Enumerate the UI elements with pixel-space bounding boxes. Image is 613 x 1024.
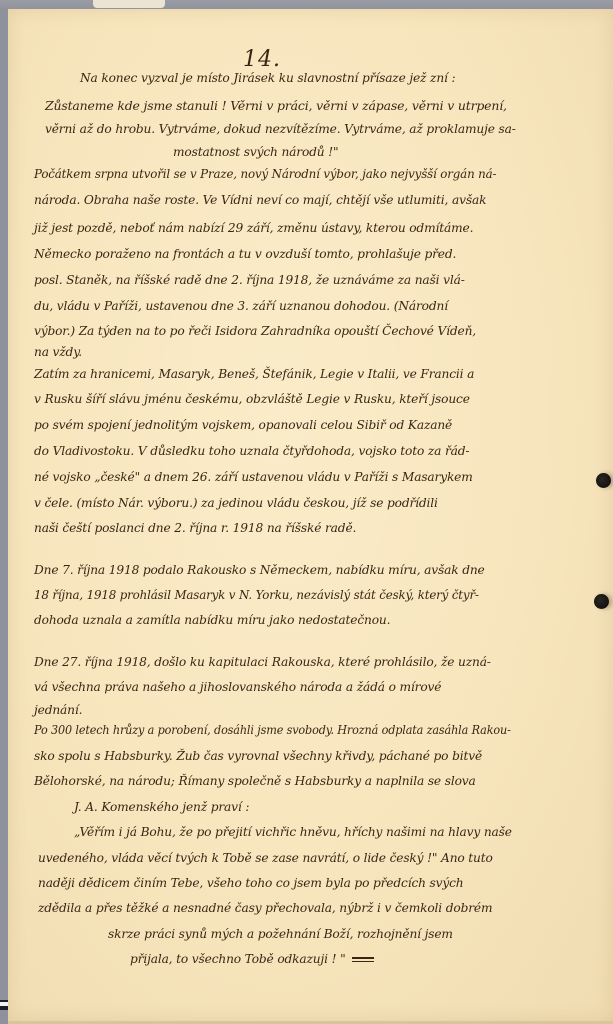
text-line: du, vládu v Paříži, ustavenou dne 3. zář… [34, 299, 448, 313]
text-line: „Věřím i já Bohu, že po přejití vichřic … [74, 825, 512, 839]
text-line: vá všechna práva našeho a jihoslovanskéh… [34, 680, 441, 694]
text-line: Na konec vyzval je místo Jirásek ku slav… [80, 71, 455, 85]
text-line: uvedeného, vláda věcí tvých k Tobě se za… [38, 851, 493, 865]
scanner-clip [93, 0, 165, 8]
text-line: Počátkem srpna utvořil se v Praze, nový … [34, 167, 496, 181]
text-line: J. A. Komenského jenž praví : [74, 800, 249, 814]
text-line: národa. Obraha naše roste. Ve Vídni neví… [34, 193, 486, 207]
text-line: Zůstaneme kde jsme stanuli ! Věrni v prá… [45, 99, 507, 113]
text-line: Dne 27. října 1918, došlo ku kapitulaci … [34, 655, 491, 669]
text-line: mostatnost svých národů !" [173, 145, 338, 159]
text-line: již jest pozdě, neboť nám nabízí 29 září… [34, 221, 473, 235]
text-line: naději dědicem činím Tebe, všeho toho co… [38, 876, 464, 890]
text-line: 18 října, 1918 prohlásil Masaryk v N. Yo… [34, 588, 479, 602]
text-line: Bělohorské, na národu; Římany společně s… [34, 774, 476, 788]
text-line: naši čeští poslanci dne 2. října r. 1918… [34, 521, 356, 535]
text-line: přijala, to všechno Tobě odkazuji ! " [130, 952, 346, 966]
page-number: 14. [243, 47, 281, 72]
text-line: Německo poraženo na frontách a tu v ovzd… [34, 247, 456, 261]
text-line-final: přijala, to všechno Tobě odkazuji ! " [130, 952, 374, 966]
text-line: sko spolu s Habsburky. Žub čas vyrovnal … [34, 749, 482, 763]
closing-mark [352, 957, 374, 962]
text-line: Po 300 letech hrůzy a porobení, dosáhli … [34, 723, 511, 737]
text-line: Zatím za hranicemi, Masaryk, Beneš, Štef… [34, 367, 474, 381]
text-line: na vždy. [34, 345, 82, 359]
text-line: do Vladivostoku. V důsledku toho uznala … [34, 444, 469, 458]
binding-hole [596, 473, 611, 488]
scanner-edge-marker [0, 1000, 8, 1010]
text-line: né vojsko „české" a dnem 26. září ustave… [34, 470, 473, 484]
scanned-document: 14. Na konec vyzval je místo Jirásek ku … [0, 0, 613, 1024]
binding-hole [594, 594, 609, 609]
text-line: zdědila a přes těžké a nesnadné časy pře… [38, 901, 492, 915]
text-line: jednání. [34, 703, 82, 717]
text-line: věrni až do hrobu. Vytrváme, dokud nezví… [45, 122, 516, 136]
text-line: v Rusku šíří slávu jménu českému, obzvlá… [34, 392, 470, 406]
text-line: po svém spojení jednolitým vojskem, opan… [34, 418, 452, 432]
text-line: výbor.) Za týden na to po řeči Isidora Z… [34, 324, 476, 338]
text-line: posl. Staněk, na říšské radě dne 2. říjn… [34, 273, 465, 287]
text-line: skrze práci synů mých a požehnání Boží, … [108, 927, 453, 941]
text-line: Dne 7. října 1918 podalo Rakousko s Něme… [34, 563, 485, 577]
text-line: v čele. (místo Nár. výboru.) za jedinou … [34, 496, 438, 510]
text-line: dohoda uznala a zamítla nabídku míru jak… [34, 613, 390, 627]
manuscript-page: 14. Na konec vyzval je místo Jirásek ku … [8, 9, 613, 1021]
